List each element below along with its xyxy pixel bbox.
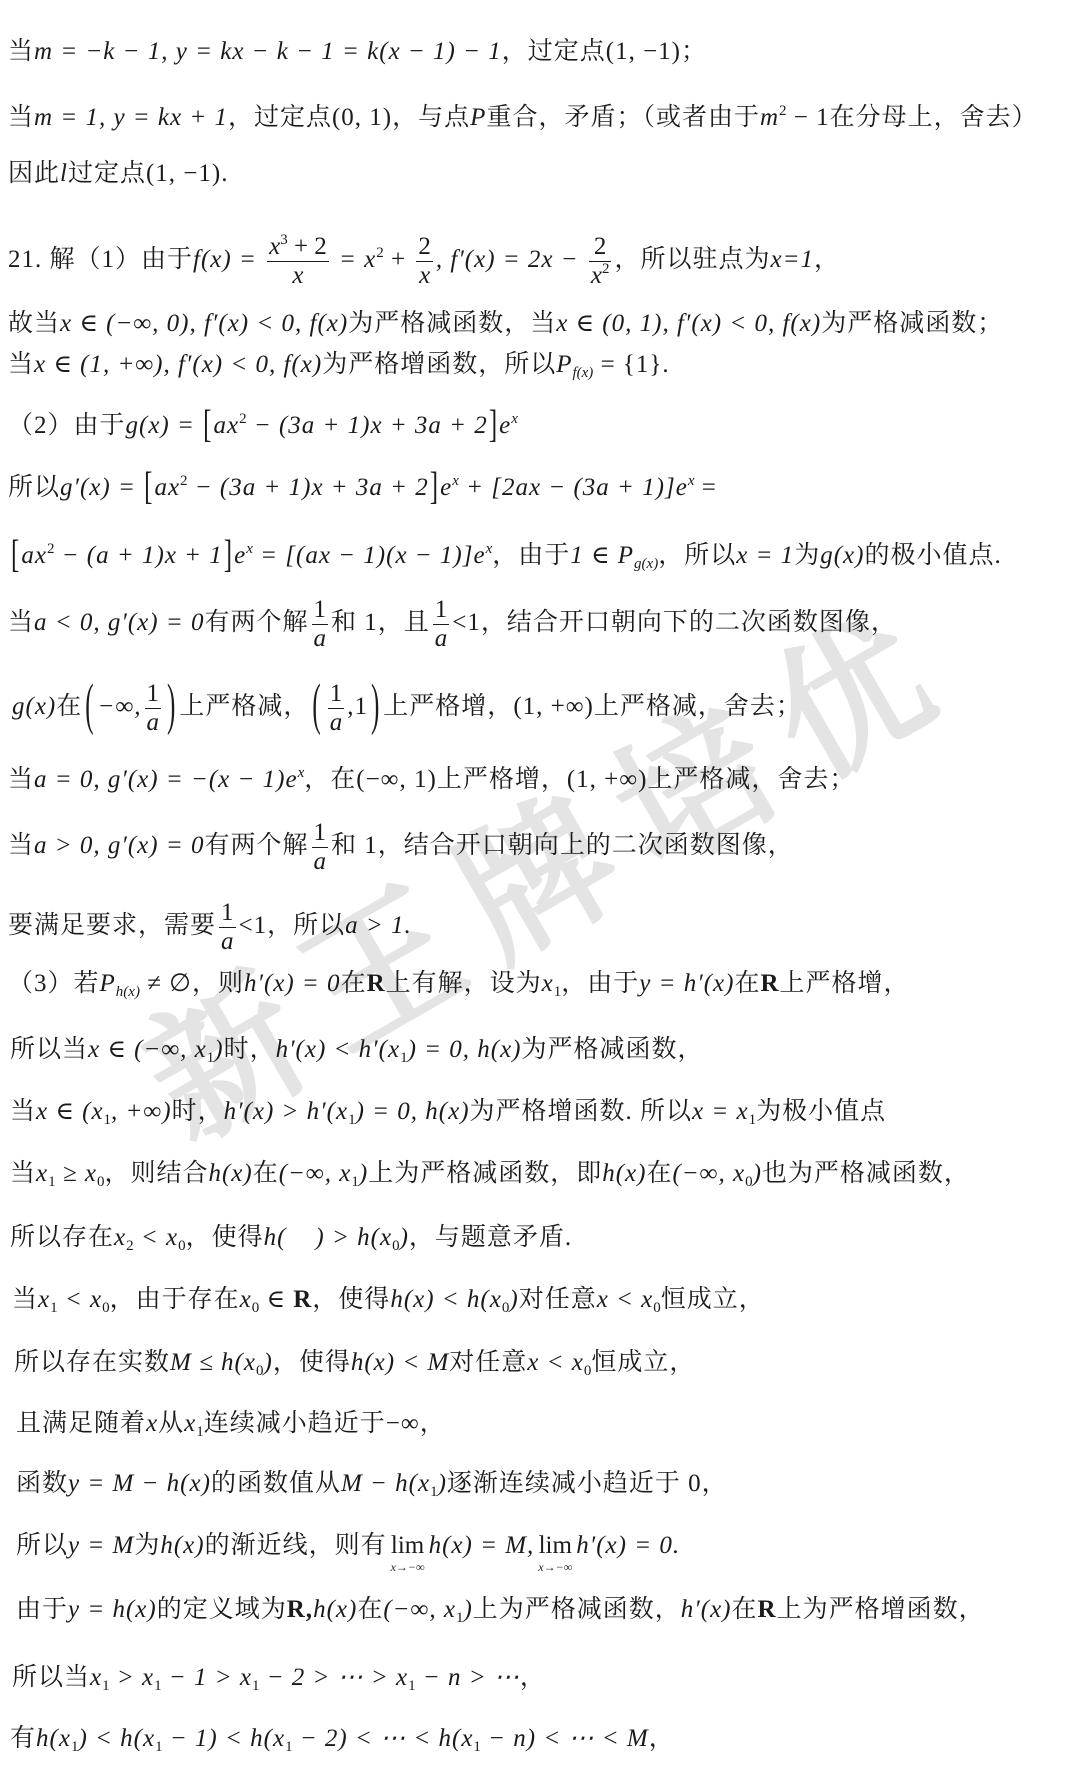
text: 所以存在实数 <box>14 1349 170 1376</box>
math: ) <box>400 1224 409 1251</box>
text: 当 <box>8 766 34 793</box>
math-number: = {1}. <box>593 351 669 378</box>
subscript: 1 <box>430 1484 438 1500</box>
text: （2）由于 <box>8 412 126 439</box>
math: x <box>36 1160 48 1187</box>
numerator: 1 <box>219 899 236 928</box>
math: a <box>314 625 327 652</box>
text: 在分母上，舍去） <box>830 104 1038 131</box>
math: h(x) <box>208 1160 252 1187</box>
solution-line: 故当x ∈ (−∞, 0), f′(x) < 0, f(x)为严格减函数，当x … <box>8 309 1003 339</box>
text: 的函数值从 <box>211 1470 341 1497</box>
lim-subscript: x→−∞ <box>538 1561 572 1573</box>
subscript: 1 <box>408 1678 416 1694</box>
math: h(x) < h(x <box>390 1286 502 1313</box>
math: x <box>114 1224 126 1251</box>
math: f(x) = <box>193 246 264 273</box>
math: x ∈ (−∞, 0), f′(x) < 0, f(x) <box>60 310 348 337</box>
text: 当 <box>10 1160 36 1187</box>
text: ，所以驻点为 <box>614 246 770 273</box>
numerator: 1 <box>145 680 162 709</box>
math: ax <box>21 542 47 569</box>
subscript: 1 <box>351 1174 359 1190</box>
text: 恒成立， <box>591 1349 695 1376</box>
math: ) = 0, h(x) <box>356 1098 470 1125</box>
text: 21. 解（1）由于 <box>8 246 193 273</box>
math: a > 1. <box>345 912 412 939</box>
math: m = 1, y = kx + 1 <box>34 104 228 131</box>
text: 时， <box>224 1036 276 1063</box>
math: y = h′(x) <box>639 970 734 997</box>
text: ，结合开口朝向下的二次函数图像， <box>481 609 897 636</box>
subscript: 1 <box>749 1112 757 1128</box>
math: (−∞, x <box>672 1160 745 1187</box>
lim-subscript: x→−∞ <box>391 1561 425 1573</box>
subscript: 1 <box>196 1424 204 1440</box>
subscript: 1 <box>104 1112 112 1128</box>
math: h( ) > h(x <box>264 1224 392 1251</box>
big-bracket: [ <box>144 465 153 512</box>
solution-line: 当x1 ≥ x0，则结合h(x)在(−∞, x1)上为严格减函数，即h(x)在(… <box>10 1159 970 1189</box>
text: ，与点 <box>392 104 470 131</box>
text: 时， <box>172 1098 224 1125</box>
text: 当 <box>10 1098 36 1125</box>
math: ) <box>509 1286 518 1313</box>
solution-line: 当x ∈ (1, +∞), f′(x) < 0, f(x)为严格增函数，所以Pf… <box>8 350 670 380</box>
math-number: 1 <box>221 899 234 926</box>
math: a < 0, g′(x) = 0 <box>34 609 204 636</box>
math-number: −∞ <box>386 1410 420 1437</box>
math: ≥ x <box>56 1160 97 1187</box>
solution-line: 有h(x1) < h(x1 − 1) < h(x1 − 2) < ⋯ < h(x… <box>10 1724 675 1754</box>
solution-line: 所以y = M为h(x)的渐近线，则有limx→−∞h(x) = M,limx→… <box>16 1531 680 1561</box>
math-number: 2 <box>418 233 431 260</box>
solution-line: 且满足随着x从x1连续减小趋近于−∞， <box>16 1409 446 1439</box>
solution-line: 函数y = M − h(x)的函数值从M − h(x1)逐渐连续减小趋近于 0， <box>16 1469 728 1499</box>
text: 在 <box>646 1160 672 1187</box>
text: 重合，矛盾；（或者由于 <box>486 104 760 131</box>
subscript: 1 <box>102 1678 110 1694</box>
text: ，使得 <box>186 1224 264 1251</box>
math: m = −k − 1, y = kx − k − 1 = k(x − 1) − … <box>34 38 502 65</box>
math-number: (1, +∞) <box>567 766 648 793</box>
math: x ∈ (1, +∞), f′(x) < 0, f(x) <box>34 351 322 378</box>
text: 在 <box>357 1596 383 1623</box>
math: 1 ∈ P <box>570 542 634 569</box>
math: y = h(x) <box>68 1596 157 1623</box>
math: P <box>556 351 572 378</box>
big-paren: ( <box>85 673 94 742</box>
text: 在 <box>253 1160 279 1187</box>
sol-line: 当a = 0, g′(x) = −(x − 1)ex，在(−∞, 1)上严格增，… <box>8 765 855 795</box>
math: − 1) < h(x <box>163 1725 286 1752</box>
big-paren: ( <box>312 673 321 742</box>
text: 也为严格减函数， <box>762 1160 970 1187</box>
math: x <box>292 262 303 289</box>
text: 且满足随着 <box>16 1410 146 1437</box>
text: ，则结合 <box>104 1160 208 1187</box>
fraction: 1a <box>328 680 345 737</box>
solution-line: g(x)在(−∞,1a)上严格减，(1a,1)上严格增，(1, +∞)上严格减，… <box>12 692 802 723</box>
big-bracket: [ <box>11 533 20 580</box>
text: ，由于 <box>492 542 570 569</box>
math: − n > ⋯ <box>416 1664 520 1691</box>
fraction: 1a <box>312 596 329 653</box>
math: x ∈ (0, 1), f′(x) < 0, f(x) <box>556 310 821 337</box>
math: x ∈ (−∞, x <box>88 1036 207 1063</box>
solution-line: （2）由于g(x) = [ax2 − (3a + 1)x + 3a + 2]ex <box>8 411 518 441</box>
big-bracket: [ <box>203 403 212 450</box>
text: 恒成立， <box>661 1286 765 1313</box>
subscript: 0 <box>102 1300 110 1316</box>
math: x ∈ (x <box>36 1098 104 1125</box>
text: ， <box>420 1410 446 1437</box>
fraction: 1a <box>433 596 450 653</box>
math: − n) < ⋯ < M <box>481 1725 649 1752</box>
solution-line: 当x1 < x0，由于存在x0 ∈ R，使得h(x) < h(x0)对任意x <… <box>12 1285 765 1315</box>
math: y = M <box>68 1532 134 1559</box>
math: (−∞, x <box>279 1160 352 1187</box>
watermark: 新王牌培优 <box>99 583 979 1178</box>
subscript: h(x) <box>116 984 140 1000</box>
math: h(x) < M <box>351 1349 449 1376</box>
limit: limx→−∞ <box>391 1531 425 1573</box>
math: x <box>269 233 280 260</box>
text: 从 <box>158 1410 184 1437</box>
lim-label: lim <box>391 1531 424 1561</box>
solution-line: 由于y = h(x)的定义域为R,h(x)在(−∞, x1)上为严格减函数，h′… <box>16 1595 985 1625</box>
math: g′(x) = <box>60 474 143 501</box>
superscript: 3 <box>280 232 288 248</box>
fraction: 1a <box>145 680 162 737</box>
math-number: 1 <box>435 596 448 623</box>
math: h′(x) < h′(x <box>276 1036 400 1063</box>
math: > x <box>110 1664 154 1691</box>
text: 对任意 <box>449 1349 527 1376</box>
math: h′(x) <box>681 1596 732 1623</box>
math-bold-symbol: R <box>367 970 386 997</box>
math: ) <box>359 1160 368 1187</box>
math-number: = <box>694 474 716 501</box>
text: 当 <box>8 351 34 378</box>
text: 由于 <box>16 1596 68 1623</box>
math: g(x) <box>820 542 864 569</box>
text: 连续减小趋近于 <box>204 1410 386 1437</box>
math-number: 1 <box>314 819 327 846</box>
math: ) <box>263 1349 272 1376</box>
math: a <box>435 625 448 652</box>
math: a <box>221 928 234 955</box>
math-number: (0, 1) <box>332 104 392 131</box>
math: x <box>38 1286 50 1313</box>
text: ，由于 <box>561 970 639 997</box>
text: 为极小值点 <box>756 1098 886 1125</box>
text: （3）若 <box>8 970 100 997</box>
numerator: 1 <box>328 680 345 709</box>
superscript: x <box>246 541 253 557</box>
subscript: 1 <box>155 1739 163 1755</box>
math-bold-symbol: R <box>758 1596 777 1623</box>
denominator: x2 <box>589 262 612 290</box>
math-number: (1, −1). <box>146 160 229 187</box>
math: x < x <box>527 1349 584 1376</box>
math: h(x) = M, <box>429 1532 535 1559</box>
solution-line: 当a < 0, g′(x) = 0有两个解1a和 1，且1a<1，结合开口朝向下… <box>8 608 897 639</box>
solution-line: 当m = −k − 1, y = kx − k − 1 = k(x − 1) −… <box>8 37 707 67</box>
superscript: 2 <box>239 411 247 427</box>
text: 过定点 <box>68 160 146 187</box>
math: ) <box>753 1160 762 1187</box>
math: e <box>499 412 511 439</box>
text: 为 <box>794 542 820 569</box>
text: 当 <box>8 832 34 859</box>
text: ，过定点 <box>228 104 332 131</box>
math: h(x <box>36 1725 71 1752</box>
solution-line: 当m = 1, y = kx + 1，过定点(0, 1)，与点P重合，矛盾；（或… <box>8 103 1038 133</box>
text: 要满足要求，需要 <box>8 912 216 939</box>
superscript: 2 <box>779 103 787 119</box>
fraction: 2x <box>416 233 433 290</box>
superscript: x <box>511 411 518 427</box>
text: 对任意 <box>519 1286 597 1313</box>
text: 为严格减函数， <box>522 1036 704 1063</box>
text: 上严格减，舍去； <box>647 766 855 793</box>
big-bracket: ] <box>489 403 498 450</box>
subscript: 0 <box>653 1300 661 1316</box>
text: ， <box>649 1725 675 1752</box>
math-bold-symbol: R <box>760 970 779 997</box>
numerator: 1 <box>312 819 329 848</box>
subscript: 0 <box>392 1238 400 1254</box>
denominator: a <box>145 709 162 737</box>
text: 上严格增， <box>780 970 910 997</box>
numerator: x3 + 2 <box>267 233 329 262</box>
solution-line: 因此l过定点(1, −1). <box>8 159 228 189</box>
text: 为严格增函数，所以 <box>322 351 556 378</box>
math: ) < h(x <box>78 1725 155 1752</box>
math: P <box>470 104 486 131</box>
text: 有两个解 <box>204 609 308 636</box>
subscript: 1 <box>285 1739 293 1755</box>
math: − 2 > ⋯ > x <box>259 1664 408 1691</box>
numerator: 1 <box>312 596 329 625</box>
subscript: 1 <box>348 1112 356 1128</box>
math: ax <box>213 412 239 439</box>
math: − 2) < ⋯ < h(x <box>293 1725 474 1752</box>
math: a <box>330 709 343 736</box>
text: 的渐近线，则有 <box>205 1532 387 1559</box>
text: ，则 <box>192 970 244 997</box>
denominator: x <box>416 262 433 290</box>
math: M − h(x <box>341 1470 430 1497</box>
text: 为严格减函数，当 <box>348 310 556 337</box>
big-paren: ) <box>371 673 380 742</box>
math: h(x) <box>160 1532 204 1559</box>
math: y = M − h(x) <box>68 1470 211 1497</box>
math: < x <box>134 1224 178 1251</box>
text: 和 1，结合开口朝向上的二次函数图像， <box>331 832 794 859</box>
subscript: 1 <box>473 1739 481 1755</box>
subscript: 0 <box>178 1238 186 1254</box>
math-number: 1 <box>147 680 160 707</box>
solution-line: 所以存在实数M ≤ h(x0)，使得h(x) < M对任意x < x0恒成立， <box>14 1348 695 1378</box>
math: h′(x) = 0 <box>244 970 341 997</box>
math: , +∞) <box>111 1098 172 1125</box>
math-bold-symbol: R <box>293 1286 312 1313</box>
math: h(x) <box>602 1160 646 1187</box>
text: ，与题意矛盾. <box>409 1224 572 1251</box>
superscript: 2 <box>376 245 384 261</box>
text: 在 <box>732 1596 758 1623</box>
text: 逐渐连续减小趋近于 0， <box>447 1470 728 1497</box>
math: x <box>184 1410 196 1437</box>
math: h(x) <box>313 1596 357 1623</box>
math-number: (1, −1) <box>606 38 681 65</box>
math: + [2ax − (3a + 1)]e <box>459 474 688 501</box>
text: 上为严格减函数， <box>473 1596 681 1623</box>
math: m <box>760 104 779 131</box>
big-paren: ) <box>167 673 176 742</box>
text: 所以当 <box>12 1664 90 1691</box>
math-number: ,1 <box>347 693 368 720</box>
math: x <box>240 1286 252 1313</box>
big-bracket: ] <box>430 465 439 512</box>
math: − (3a + 1)x + 3a + 2 <box>188 474 429 501</box>
math-number: − 1 <box>787 104 830 131</box>
subscript: 1 <box>400 1050 408 1066</box>
text: ，使得 <box>273 1349 351 1376</box>
fraction: 1a <box>312 819 329 876</box>
numerator: 2 <box>589 233 612 262</box>
math: l <box>60 160 68 187</box>
math-number: (1, +∞) <box>513 693 594 720</box>
solution-line: 当x ∈ (x1, +∞)时，h′(x) > h′(x1) = 0, h(x)为… <box>10 1097 886 1127</box>
text: 所以 <box>16 1532 68 1559</box>
limit: limx→−∞ <box>538 1531 572 1573</box>
math: − 1 > x <box>162 1664 252 1691</box>
subscript: 2 <box>126 1238 134 1254</box>
math: = [(ax − 1)(x − 1)]e <box>253 542 486 569</box>
math: − (a + 1)x + 1 <box>54 542 222 569</box>
math: h′(x) > h′(x <box>224 1098 348 1125</box>
denominator: a <box>219 928 236 956</box>
subscript: 1 <box>48 1174 56 1190</box>
math: ) <box>438 1470 447 1497</box>
math: x <box>146 1410 158 1437</box>
superscript: 2 <box>602 261 610 277</box>
text: 上有解，设为 <box>386 970 542 997</box>
lim-label: lim <box>539 1531 572 1561</box>
solution-line: 所以当x1 > x1 − 1 > x1 − 2 > ⋯ > x1 − n > ⋯… <box>12 1663 546 1693</box>
text: 为严格减函数； <box>821 310 1003 337</box>
denominator: a <box>312 625 329 653</box>
math: x < x <box>597 1286 654 1313</box>
text: 上严格减，舍去； <box>594 693 802 720</box>
solution-line: 21. 解（1）由于f(x) = x3 + 2x = x2 + 2x, f′(x… <box>8 245 840 276</box>
math: < x <box>58 1286 102 1313</box>
numerator: 1 <box>433 596 450 625</box>
text: ，使得 <box>312 1286 390 1313</box>
math: ) <box>463 1596 472 1623</box>
solution-line: （3）若Ph(x) ≠ ∅，则h′(x) = 0在R上有解，设为x1，由于y =… <box>8 969 910 999</box>
text: 上严格增， <box>383 693 513 720</box>
text: 所以当 <box>10 1036 88 1063</box>
math: − (3a + 1)x + 3a + 2 <box>247 412 488 439</box>
text: 有两个解 <box>204 832 308 859</box>
text: 当 <box>12 1286 38 1313</box>
math: ∈ <box>259 1286 293 1313</box>
solution-line: 要满足要求，需要1a<1，所以a > 1. <box>8 911 412 942</box>
big-bracket: ] <box>224 533 233 580</box>
math-bold-symbol: R, <box>287 1596 313 1623</box>
subscript: 1 <box>50 1300 58 1316</box>
math: −∞, <box>98 693 142 720</box>
math: , f′(x) = 2x − <box>436 246 586 273</box>
text: 有 <box>10 1725 36 1752</box>
math: a = 0, g′(x) = −(x − 1)e <box>34 766 298 793</box>
math: ax <box>154 474 180 501</box>
text: 因此 <box>8 160 60 187</box>
math: x = 1 <box>736 542 794 569</box>
text: 的极小值点. <box>864 542 1001 569</box>
math: P <box>100 970 116 997</box>
fraction: 1a <box>219 899 236 956</box>
math: a <box>314 848 327 875</box>
math: ) = 0, h(x) <box>408 1036 522 1063</box>
text: 当 <box>8 38 34 65</box>
text: 为严格增函数. 所以 <box>470 1098 693 1125</box>
text: 当 <box>8 609 34 636</box>
math-number: 1 <box>314 596 327 623</box>
math: ) <box>214 1036 223 1063</box>
superscript: x <box>452 473 459 489</box>
text: 上为严格增函数， <box>777 1596 985 1623</box>
subscript: 1 <box>154 1678 162 1694</box>
math-number: ≠ ∅ <box>140 970 192 997</box>
denominator: a <box>312 848 329 876</box>
subscript: f(x) <box>572 365 593 381</box>
text: 函数 <box>16 1470 68 1497</box>
text: 在 <box>56 693 82 720</box>
text: 当 <box>8 104 34 131</box>
text: 上为严格减函数，即 <box>368 1160 602 1187</box>
math-number: <1 <box>239 912 268 939</box>
subscript: g(x) <box>634 556 658 572</box>
math-number: <1 <box>452 609 481 636</box>
text: 上严格增， <box>437 766 567 793</box>
math: x=1 <box>771 246 814 273</box>
math-number: (−∞, 1) <box>356 766 437 793</box>
math-number: + <box>384 246 414 273</box>
text: ， <box>520 1664 546 1691</box>
text: ，所以 <box>267 912 345 939</box>
text: 的定义域为 <box>157 1596 287 1623</box>
text: ，在 <box>304 766 356 793</box>
denominator: a <box>433 625 450 653</box>
math: e <box>440 474 452 501</box>
text: ； <box>681 38 707 65</box>
text: 在 <box>341 970 367 997</box>
solution-line: [ax2 − (a + 1)x + 1]ex = [(ax − 1)(x − 1… <box>10 541 1002 571</box>
math: M ≤ h(x <box>170 1349 256 1376</box>
math: x <box>542 970 554 997</box>
math: g(x) <box>12 693 56 720</box>
denominator: x <box>267 262 329 290</box>
superscript: 2 <box>180 473 188 489</box>
math: h′(x) = 0. <box>576 1532 680 1559</box>
fraction: 2x2 <box>589 233 612 290</box>
math: x <box>90 1664 102 1691</box>
